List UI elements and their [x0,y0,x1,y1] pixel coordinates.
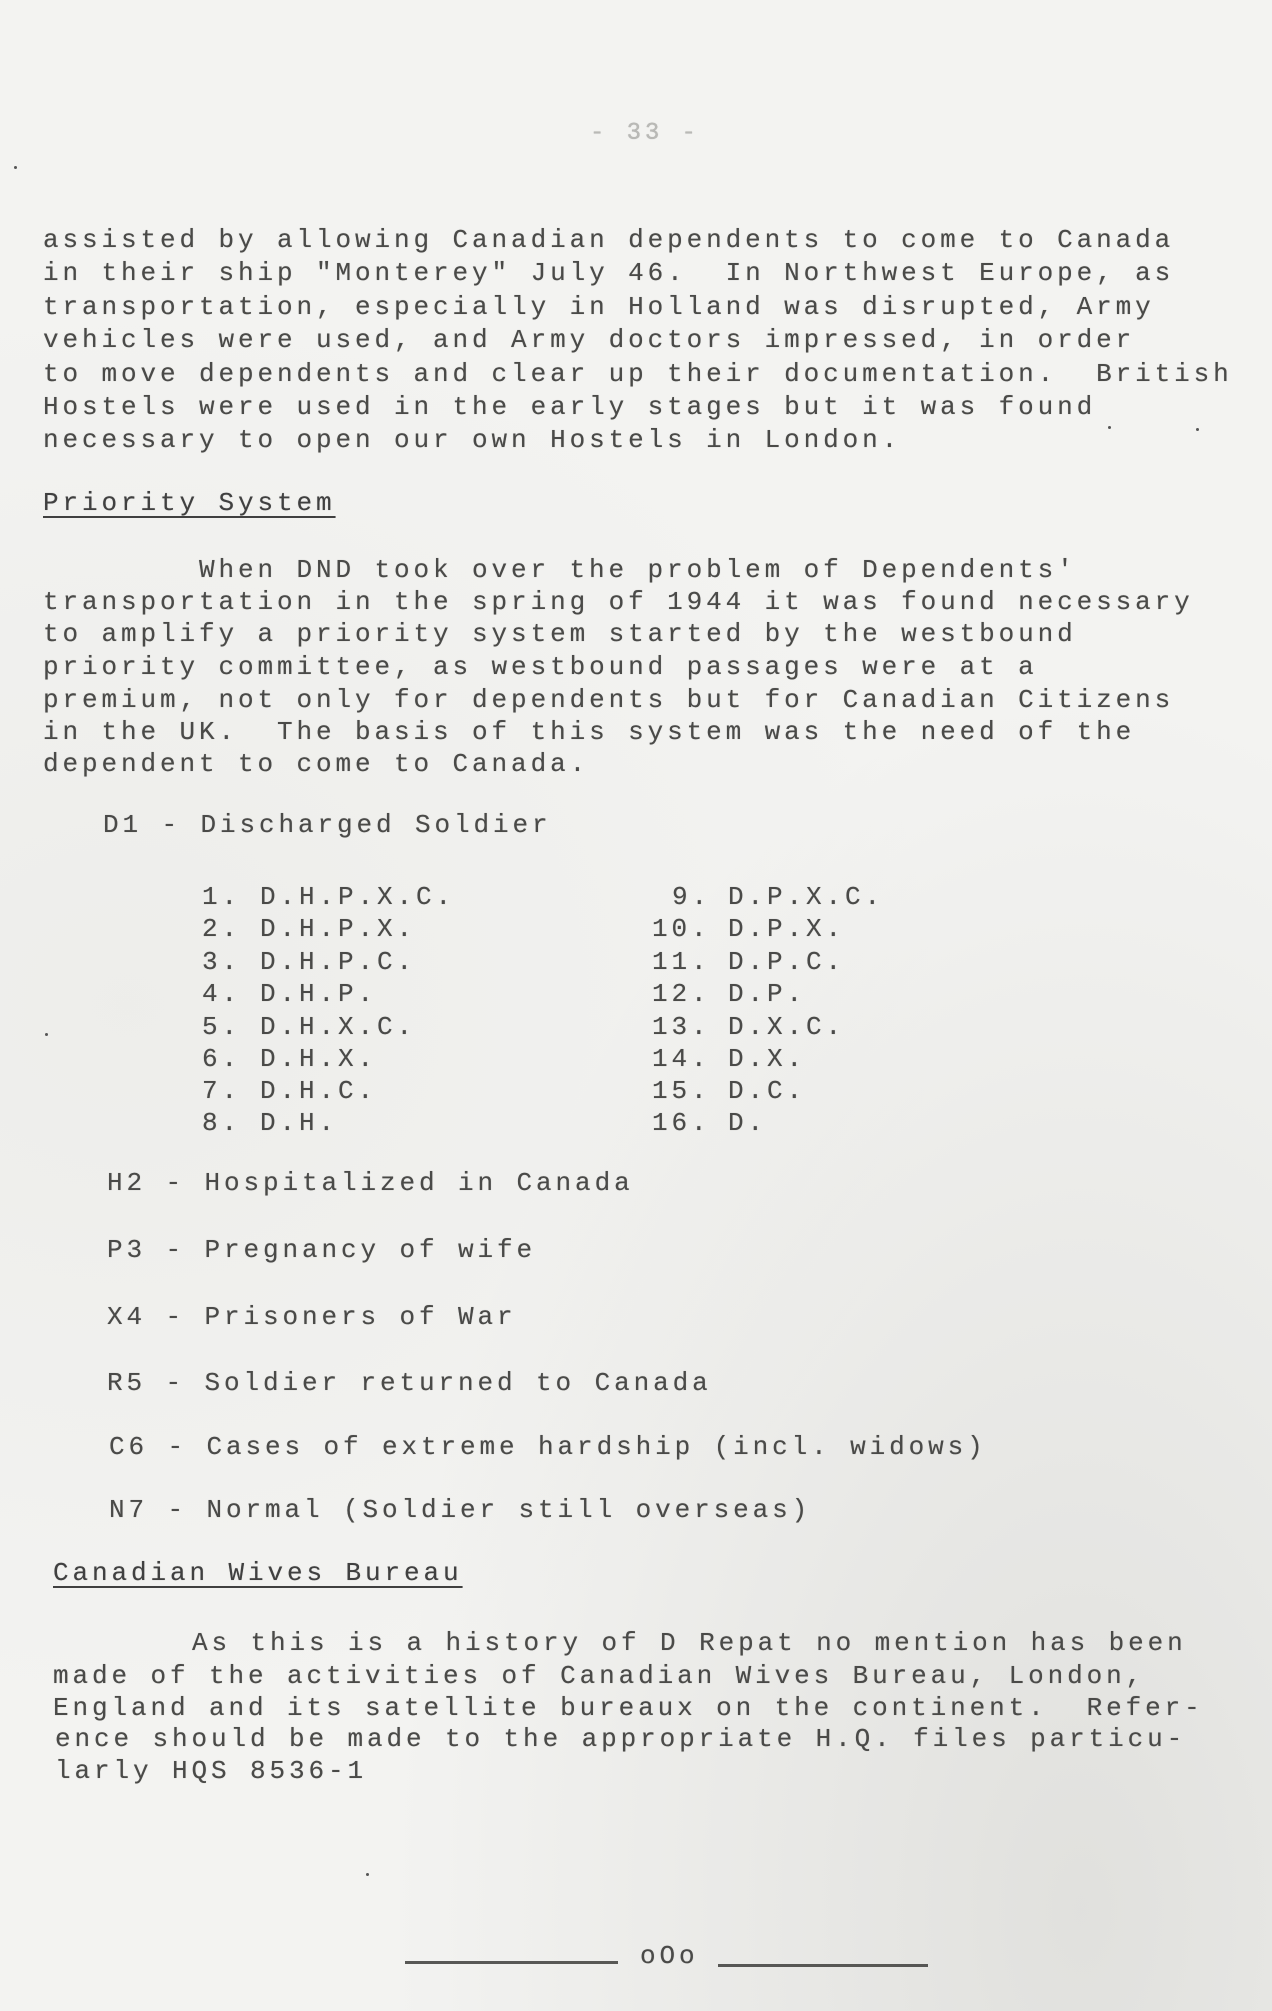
category-item: R5 - Soldier returned to Canada [107,1367,712,1399]
footer-rule-left [405,1961,618,1964]
list-item-num: 7. [202,1075,241,1107]
text-line: vehicles were used, and Army doctors imp… [43,324,1135,356]
section-heading-priority-system: Priority System [43,487,336,519]
list-item-num: 13. [652,1011,711,1043]
list-item-code: D.P.X. [728,913,845,945]
list-item-num: 6. [202,1043,241,1075]
list-item-num: 2. [202,913,241,945]
category-item: N7 - Normal (Soldier still overseas) [109,1494,811,1526]
text-line: assisted by allowing Canadian dependents… [43,224,1174,256]
list-item-code: D.H.P.C. [260,946,416,978]
list-item-code: D.H.X.C. [260,1011,416,1043]
text-line: made of the activities of Canadian Wives… [53,1660,1145,1692]
scan-speck [1108,426,1111,429]
scan-speck [14,166,17,169]
scan-speck [1196,428,1199,431]
text-line: to amplify a priority system started by … [43,618,1077,650]
list-item-num: 4. [202,978,241,1010]
category-d1-label: D1 - Discharged Soldier [103,809,552,841]
list-item-code: D.X.C. [728,1011,845,1043]
category-item: C6 - Cases of extreme hardship (incl. wi… [109,1431,987,1463]
scan-speck [45,1033,48,1036]
list-item-code: D.P.C. [728,946,845,978]
list-item-num: 16. [652,1107,711,1139]
category-item: P3 - Pregnancy of wife [107,1234,536,1266]
text-line: in their ship "Monterey" July 46. In Nor… [43,257,1174,289]
list-item-code: D.P.X.C. [728,881,884,913]
text-line: to move dependents and clear up their do… [43,358,1233,390]
list-item-num: 1. [202,881,241,913]
text-line: England and its satellite bureaux on the… [53,1692,1204,1724]
text-line: premium, not only for dependents but for… [43,684,1174,716]
section-heading-canadian-wives-bureau: Canadian Wives Bureau [53,1557,463,1589]
category-item: X4 - Prisoners of War [107,1301,517,1333]
list-item-num: 8. [202,1107,241,1139]
list-item-num: 12. [652,978,711,1010]
list-item-num: 11. [652,946,711,978]
text-line: Hostels were used in the early stages bu… [43,391,1096,423]
list-item-num: 3. [202,946,241,978]
list-item-code: D. [728,1107,767,1139]
list-item-code: D.H.P. [260,978,377,1010]
list-item-code: D.H.P.X. [260,913,416,945]
list-item-num: 15. [652,1075,711,1107]
category-item: H2 - Hospitalized in Canada [107,1167,634,1199]
text-line: larly HQS 8536-1 [55,1755,367,1787]
list-item-num: 9. [672,881,711,913]
list-item-code: D.X. [728,1043,806,1075]
list-item-num: 10. [652,913,711,945]
text-line: dependent to come to Canada. [43,748,589,780]
text-line: ence should be made to the appropriate H… [55,1723,1186,1755]
list-item-code: D.H.P.X.C. [260,881,455,913]
footer-end-mark: oOo [640,1940,699,1972]
text-line: transportation in the spring of 1944 it … [43,586,1194,618]
list-item-num: 14. [652,1043,711,1075]
list-item-code: D.C. [728,1075,806,1107]
list-item-code: D.H.C. [260,1075,377,1107]
text-line: transportation, especially in Holland wa… [43,291,1155,323]
page-number: - 33 - [590,118,700,150]
footer-rule-right [718,1964,928,1967]
list-item-code: D.H.X. [260,1043,377,1075]
scan-speck [366,1873,369,1876]
list-item-num: 5. [202,1011,241,1043]
text-line: in the UK. The basis of this system was … [43,716,1135,748]
text-line: priority committee, as westbound passage… [43,651,1038,683]
text-line: When DND took over the problem of Depend… [199,554,1077,586]
text-line: As this is a history of D Repat no menti… [192,1627,1187,1659]
list-item-code: D.P. [728,978,806,1010]
text-line: necessary to open our own Hostels in Lon… [43,424,901,456]
list-item-code: D.H. [260,1107,338,1139]
